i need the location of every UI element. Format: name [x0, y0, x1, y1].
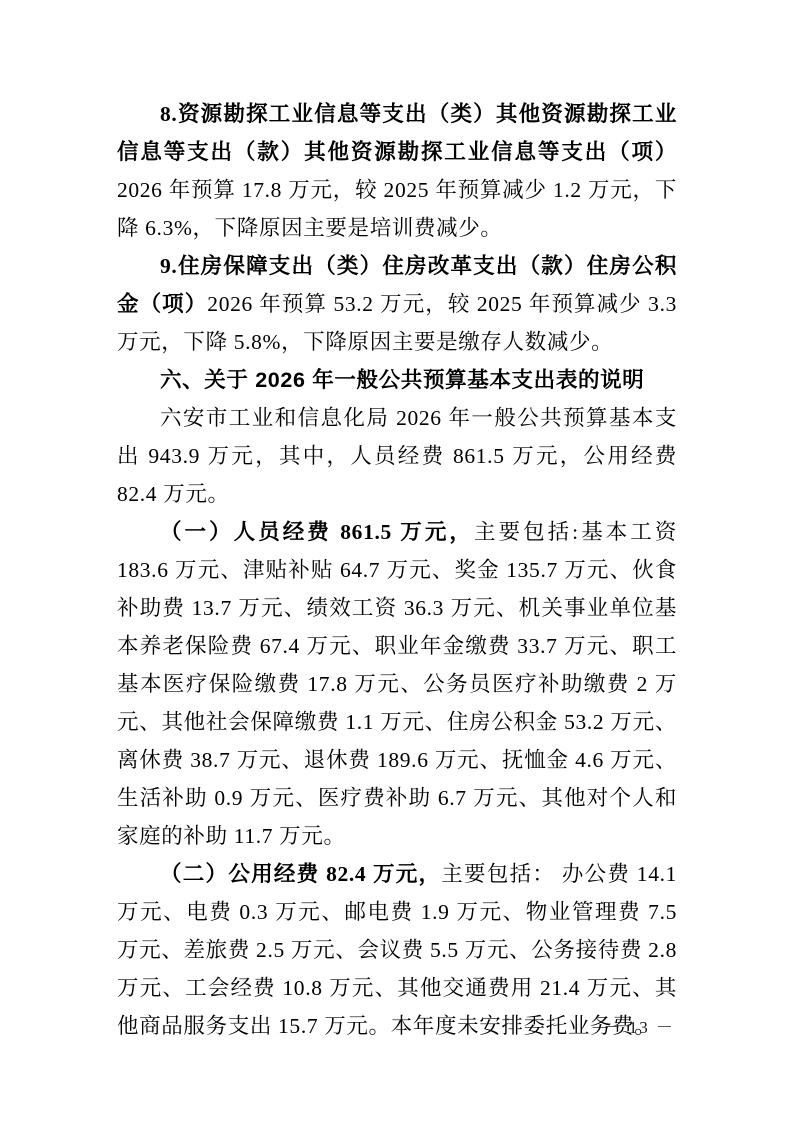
- paragraph-item-8-lead: 8.资源勘探工业信息等支出（类）其他资源勘探工业信息等支出（款）其他资源勘探工业…: [117, 102, 677, 164]
- paragraph-item-8: 8.资源勘探工业信息等支出（类）其他资源勘探工业信息等支出（款）其他资源勘探工业…: [117, 95, 677, 247]
- paragraph-personnel-funds-lead: （一）人员经费 861.5 万元，: [160, 520, 474, 544]
- page-number: － 13 －: [604, 1014, 676, 1042]
- paragraph-personnel-funds: （一）人员经费 861.5 万元，主要包括:基本工资 183.6 万元、津贴补贴…: [117, 513, 677, 855]
- paragraph-item-8-text: 2026 年预算 17.8 万元，较 2025 年预算减少 1.2 万元，下降 …: [117, 178, 677, 240]
- section-6-heading: 六、关于 2026 年一般公共预算基本支出表的说明: [117, 361, 677, 399]
- paragraph-intro: 六安市工业和信息化局 2026 年一般公共预算基本支出 943.9 万元，其中，…: [117, 399, 677, 513]
- paragraph-personnel-funds-text: 主要包括:基本工资 183.6 万元、津贴补贴 64.7 万元、奖金 135.7…: [117, 520, 677, 848]
- paragraph-intro-text: 六安市工业和信息化局 2026 年一般公共预算基本支出 943.9 万元，其中，…: [117, 406, 677, 506]
- document-body: 8.资源勘探工业信息等支出（类）其他资源勘探工业信息等支出（款）其他资源勘探工业…: [117, 95, 677, 1045]
- paragraph-public-funds: （二）公用经费 82.4 万元，主要包括： 办公费 14.1 万元、电费 0.3…: [117, 855, 677, 1045]
- paragraph-public-funds-text: 主要包括： 办公费 14.1 万元、电费 0.3 万元、邮电费 1.9 万元、物…: [117, 862, 677, 1038]
- paragraph-item-9: 9.住房保障支出（类）住房改革支出（款）住房公积金（项）2026 年预算 53.…: [117, 247, 677, 361]
- paragraph-public-funds-lead: （二）公用经费 82.4 万元，: [160, 862, 441, 886]
- document-page: 8.资源勘探工业信息等支出（类）其他资源勘探工业信息等支出（款）其他资源勘探工业…: [0, 0, 793, 1122]
